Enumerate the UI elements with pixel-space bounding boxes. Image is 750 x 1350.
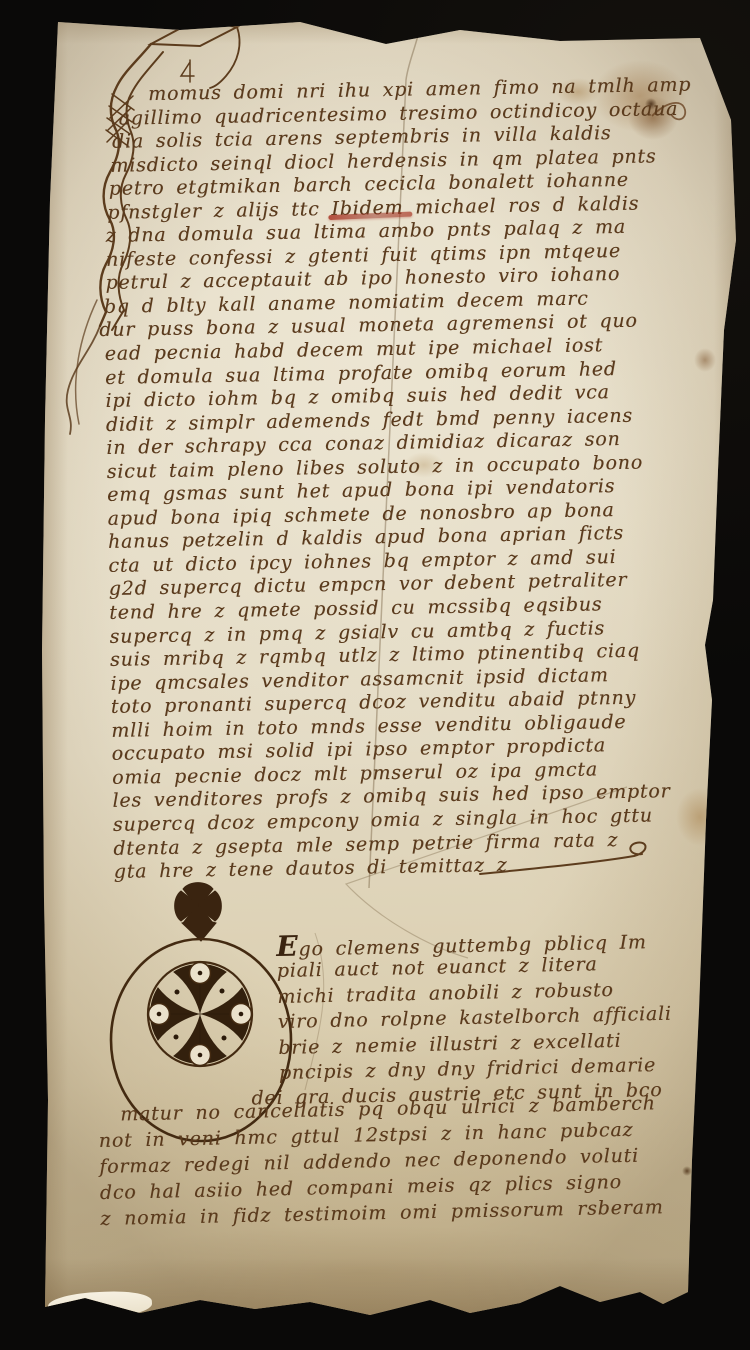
closing-text-block: matur no cancellatis pq obqu ulrici z ba…: [98, 1091, 664, 1232]
text-segment: michael ros d kaldis: [403, 192, 639, 218]
text-segment: pfnstgler z alijs ttc: [107, 198, 332, 224]
main-text-block: momus domi nri ihu xpi amen fimo na tmlh…: [100, 74, 705, 885]
photo-black-background: momus domi nri ihu xpi amen fimo na tmlh…: [0, 0, 750, 1350]
notary-subscription-block: Ego clemens guttembg pblicq Im piali auc…: [276, 926, 674, 1112]
red-underlined-word: Ibidem: [331, 196, 403, 219]
parchment-sheet: momus domi nri ihu xpi amen fimo na tmlh…: [0, 0, 750, 1350]
